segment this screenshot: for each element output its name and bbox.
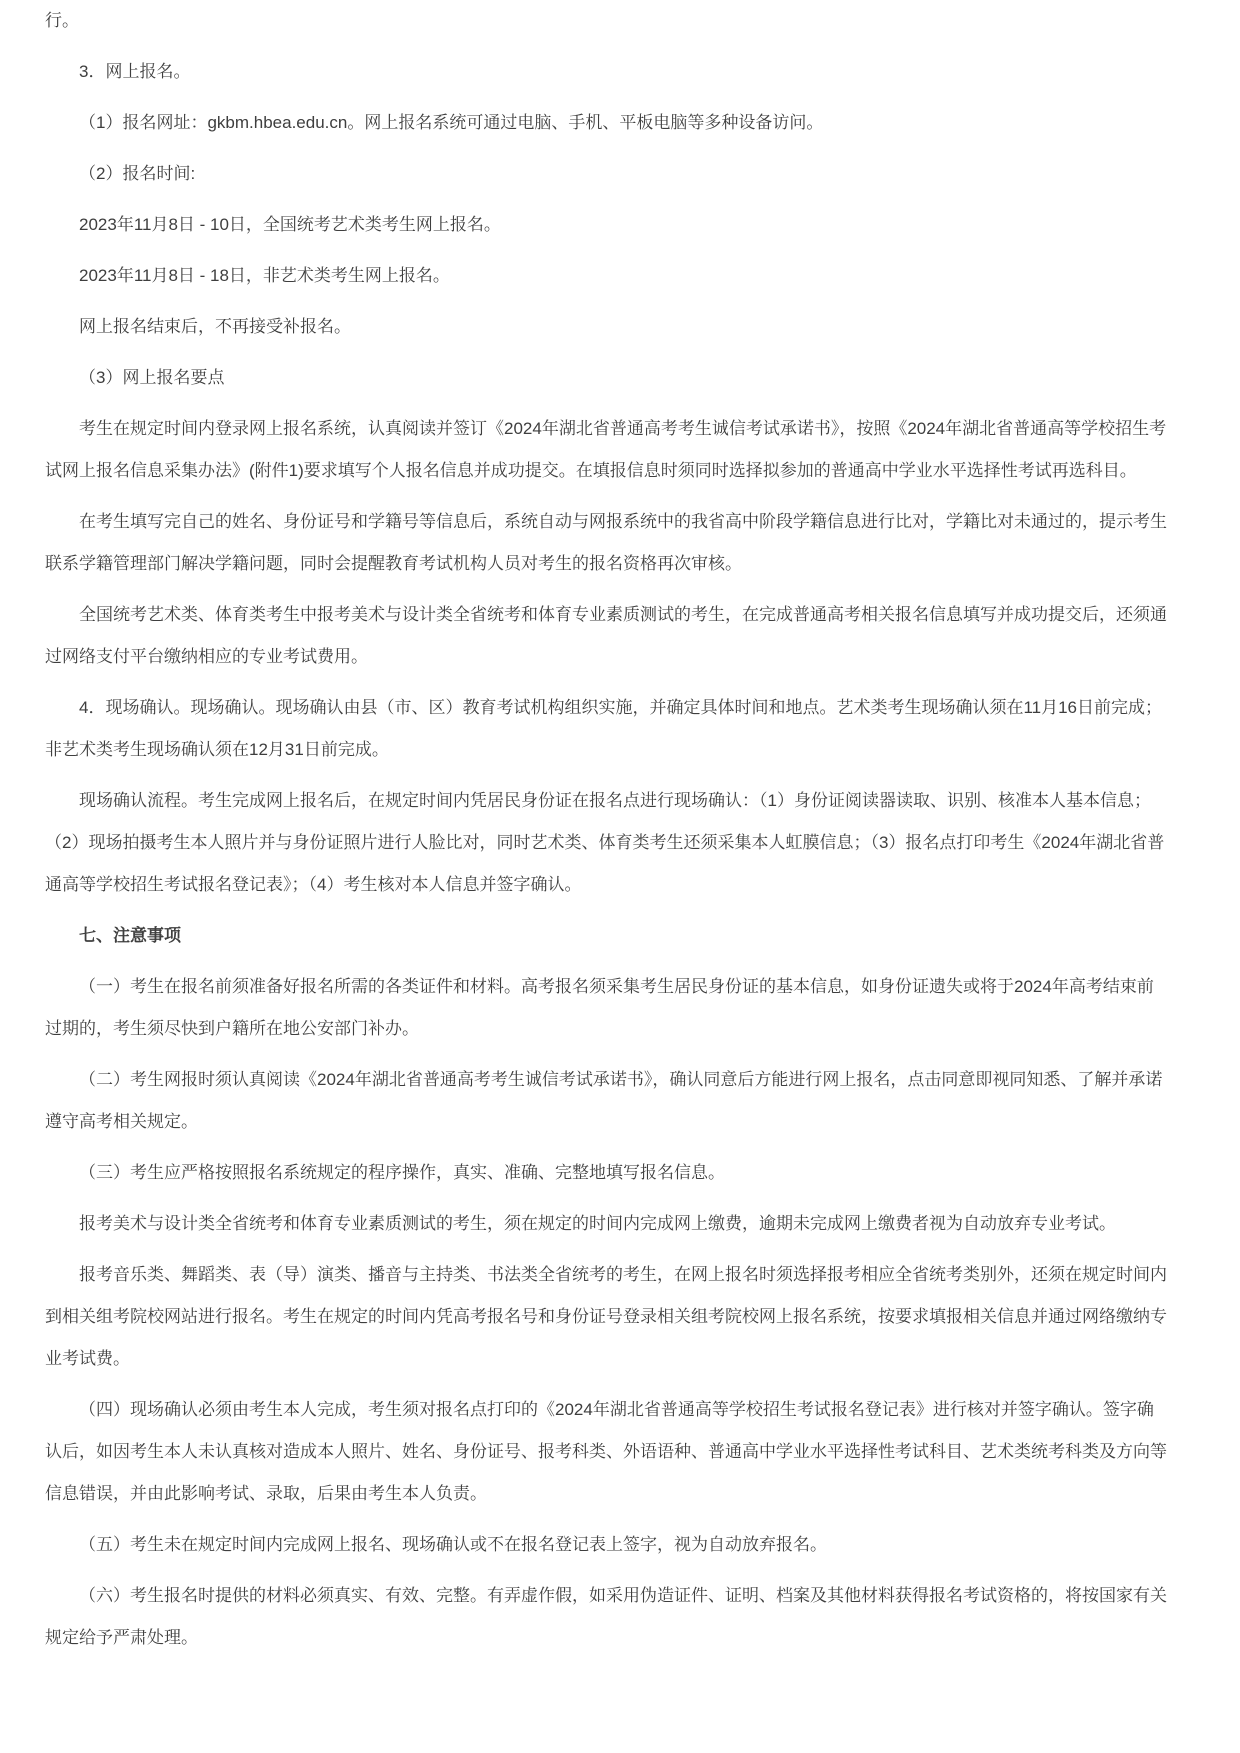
paragraph-note-5: （五）考生未在规定时间内完成网上报名、现场确认或不在报名登记表上签字，视为自动放… — [45, 1524, 1170, 1566]
paragraph-registration-url: （1）报名网址：gkbm.hbea.edu.cn。网上报名系统可通过电脑、手机、… — [45, 102, 1170, 144]
paragraph-art-exam-dates: 2023年11月8日 - 10日，全国统考艺术类考生网上报名。 — [45, 204, 1170, 246]
paragraph-confirmation-process: 现场确认流程。考生完成网上报名后，在规定时间内凭居民身份证在报名点进行现场确认：… — [45, 780, 1170, 906]
paragraph-note-6: （六）考生报名时提供的材料必须真实、有效、完整。有弄虚作假，如采用伪造证件、证明… — [45, 1575, 1170, 1659]
paragraph-no-late-registration: 网上报名结束后，不再接受补报名。 — [45, 306, 1170, 348]
paragraph-note-3: （三）考生应严格按照报名系统规定的程序操作，真实、准确、完整地填写报名信息。 — [45, 1152, 1170, 1194]
paragraph-note-2: （二）考生网报时须认真阅读《2024年湖北省普通高考考生诚信考试承诺书》，确认同… — [45, 1059, 1170, 1143]
paragraph-note-1: （一）考生在报名前须准备好报名所需的各类证件和材料。高考报名须采集考生居民身份证… — [45, 966, 1170, 1050]
paragraph-nonart-exam-dates: 2023年11月8日 - 18日，非艺术类考生网上报名。 — [45, 255, 1170, 297]
paragraph-note-3-music-dance: 报考音乐类、舞蹈类、表（导）演类、播音与主持类、书法类全省统考的考生，在网上报名… — [45, 1254, 1170, 1380]
paragraph-registration-procedure: 考生在规定时间内登录网上报名系统，认真阅读并签订《2024年湖北省普通高考考生诚… — [45, 408, 1170, 492]
paragraph-art-sports-fee: 全国统考艺术类、体育类考生中报考美术与设计类全省统考和体育专业素质测试的考生，在… — [45, 594, 1170, 678]
document-page: 行。 3．网上报名。 （1）报名网址：gkbm.hbea.edu.cn。网上报名… — [0, 0, 1240, 1688]
paragraph-note-3-fee: 报考美术与设计类全省统考和体育专业素质测试的考生，须在规定的时间内完成网上缴费，… — [45, 1203, 1170, 1245]
paragraph-online-registration-title: 3．网上报名。 — [45, 51, 1170, 93]
section-heading-notes: 七、注意事项 — [45, 915, 1170, 957]
paragraph-onsite-confirmation: 4．现场确认。现场确认。现场确认由县（市、区）教育考试机构组织实施，并确定具体时… — [45, 687, 1170, 771]
paragraph-continuation: 行。 — [45, 0, 1170, 42]
paragraph-registration-time-title: （2）报名时间: — [45, 153, 1170, 195]
paragraph-info-verification: 在考生填写完自己的姓名、身份证号和学籍号等信息后，系统自动与网报系统中的我省高中… — [45, 501, 1170, 585]
paragraph-note-4: （四）现场确认必须由考生本人完成，考生须对报名点打印的《2024年湖北省普通高等… — [45, 1389, 1170, 1515]
paragraph-key-points-title: （3）网上报名要点 — [45, 357, 1170, 399]
